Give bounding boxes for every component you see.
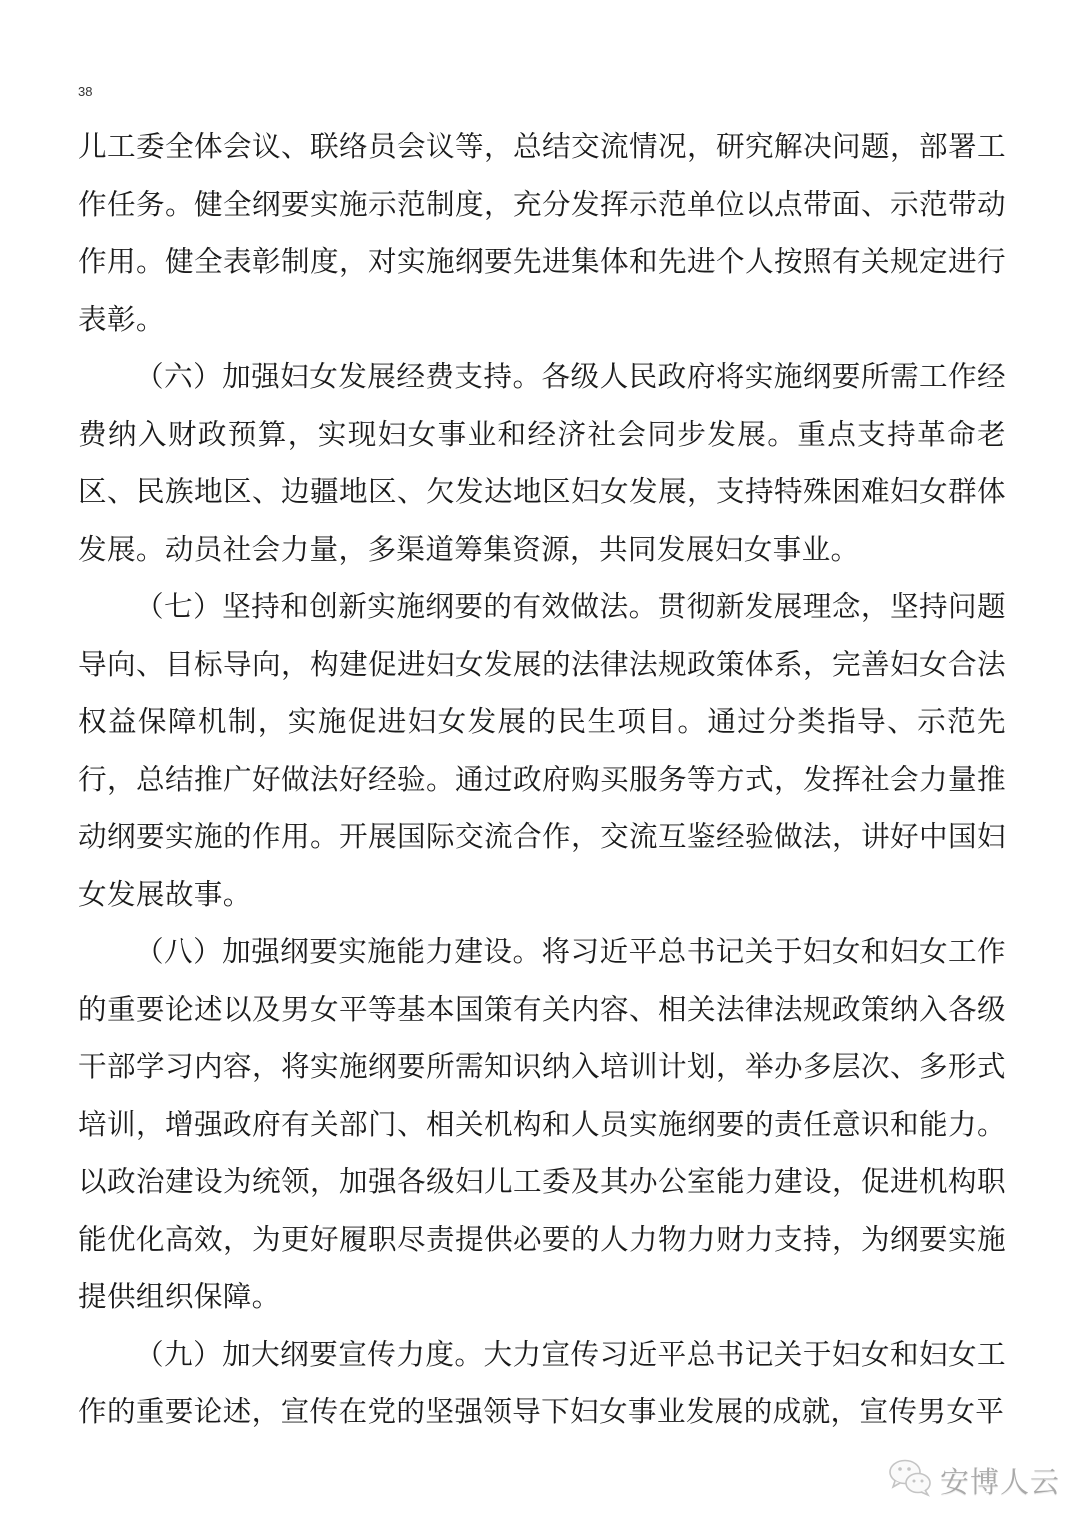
- page-number: 38: [78, 84, 92, 99]
- section-heading: （七）坚持和创新实施纲要的有效做法。: [135, 589, 658, 623]
- section-heading: （六）加强妇女发展经费支持。: [135, 359, 542, 393]
- paragraph-text: 贯彻新发展理念，坚持问题导向、目标导向，构建促进妇女发展的法律法规政策体系，完善…: [78, 589, 1006, 911]
- paragraph-continuation: 儿工委全体会议、联络员会议等，总结交流情况，研究解决问题，部署工作任务。健全纲要…: [78, 118, 1006, 348]
- section-heading: （九）加大纲要宣传力度。: [135, 1337, 483, 1371]
- wechat-icon: [888, 1458, 934, 1503]
- paragraph-section-8: （八）加强纲要实施能力建设。将习近平总书记关于妇女和妇女工作的重要论述以及男女平…: [78, 923, 1006, 1326]
- paragraph-section-9: （九）加大纲要宣传力度。大力宣传习近平总书记关于妇女和妇女工作的重要论述，宣传在…: [78, 1326, 1006, 1441]
- document-body: 儿工委全体会议、联络员会议等，总结交流情况，研究解决问题，部署工作任务。健全纲要…: [78, 118, 1006, 1441]
- watermark-text: 安博人云: [940, 1460, 1060, 1501]
- watermark: 安博人云: [888, 1458, 1060, 1503]
- paragraph-section-6: （六）加强妇女发展经费支持。各级人民政府将实施纲要所需工作经费纳入财政预算，实现…: [78, 348, 1006, 578]
- paragraph-text: 将习近平总书记关于妇女和妇女工作的重要论述以及男女平等基本国策有关内容、相关法律…: [78, 934, 1006, 1313]
- paragraph-section-7: （七）坚持和创新实施纲要的有效做法。贯彻新发展理念，坚持问题导向、目标导向，构建…: [78, 578, 1006, 923]
- paragraph-text: 儿工委全体会议、联络员会议等，总结交流情况，研究解决问题，部署工作任务。健全纲要…: [78, 129, 1006, 336]
- section-heading: （八）加强纲要实施能力建设。: [135, 934, 542, 968]
